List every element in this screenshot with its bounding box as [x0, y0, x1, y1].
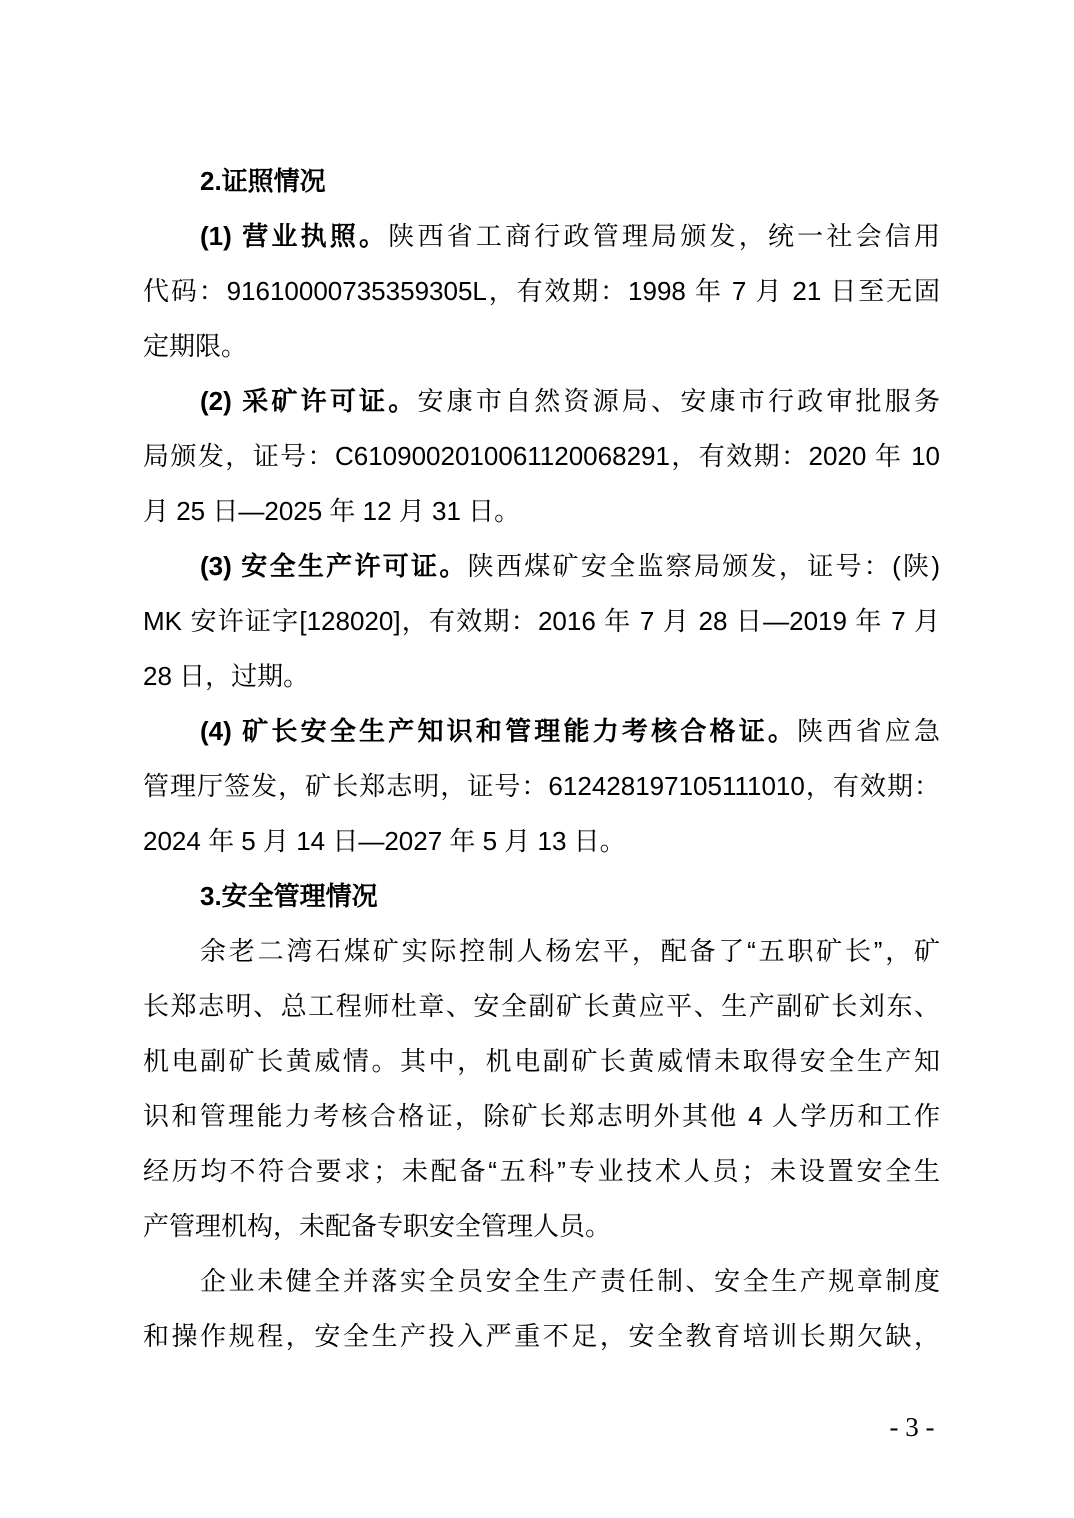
item-label: (4) 矿长安全生产知识和管理能力考核合格证。 — [200, 716, 797, 746]
text-segment: 识和管理能力考核合格证，除矿长郑志明外其他 4 人学历和工作 — [143, 1101, 940, 1131]
section-heading-3: 3.安全管理情况 — [143, 869, 940, 924]
text-segment: 月 25 日—2025 年 12 月 31 日。 — [143, 496, 520, 526]
doc-line: 产管理机构，未配备专职安全管理人员。 — [143, 1199, 940, 1254]
text-segment: 经历均不符合要求；未配备“五科”专业技术人员；未设置安全生 — [143, 1156, 940, 1186]
doc-line: 局颁发，证号：C6109002010061120068291，有效期：2020 … — [143, 429, 940, 484]
heading-text: 2.证照情况 — [200, 166, 326, 196]
item-label: (3) 安全生产许可证。 — [200, 551, 468, 581]
doc-line: 28 日，过期。 — [143, 649, 940, 704]
doc-line: 经历均不符合要求；未配备“五科”专业技术人员；未设置安全生 — [143, 1144, 940, 1199]
doc-line: 企业未健全并落实全员安全生产责任制、安全生产规章制度 — [143, 1254, 940, 1309]
doc-line: 长郑志明、总工程师杜章、安全副矿长黄应平、生产副矿长刘东、 — [143, 979, 940, 1034]
text-segment: 陕西煤矿安全监察局颁发，证号：(陕) — [468, 551, 940, 581]
text-segment: 代码：91610000735359305L，有效期：1998 年 7 月 21 … — [143, 276, 940, 306]
doc-line: 管理厅签发，矿长郑志明，证号：612428197105111010，有效期： — [143, 759, 940, 814]
text-segment: 和操作规程，安全生产投入严重不足，安全教育培训长期欠缺， — [143, 1321, 940, 1351]
text-segment: 局颁发，证号：C6109002010061120068291，有效期：2020 … — [143, 441, 940, 471]
document-body: 2.证照情况 (1) 营业执照。陕西省工商行政管理局颁发，统一社会信用 代码：9… — [143, 154, 940, 1364]
heading-text: 3.安全管理情况 — [200, 881, 378, 911]
doc-line: 机电副矿长黄威情。其中，机电副矿长黄威情未取得安全生产知 — [143, 1034, 940, 1089]
doc-line: (1) 营业执照。陕西省工商行政管理局颁发，统一社会信用 — [143, 209, 940, 264]
text-segment: MK 安许证字[128020]，有效期：2016 年 7 月 28 日—2019… — [143, 606, 940, 636]
text-segment: 陕西省工商行政管理局颁发，统一社会信用 — [388, 221, 940, 251]
section-heading-2: 2.证照情况 — [143, 154, 940, 209]
text-segment: 长郑志明、总工程师杜章、安全副矿长黄应平、生产副矿长刘东、 — [143, 991, 940, 1021]
text-segment: 安康市自然资源局、安康市行政审批服务 — [417, 386, 940, 416]
doc-line: 2024 年 5 月 14 日—2027 年 5 月 13 日。 — [143, 814, 940, 869]
text-segment: 余老二湾石煤矿实际控制人杨宏平，配备了“五职矿长”，矿 — [200, 936, 940, 966]
text-segment: 2024 年 5 月 14 日—2027 年 5 月 13 日。 — [143, 826, 626, 856]
doc-line: (2) 采矿许可证。安康市自然资源局、安康市行政审批服务 — [143, 374, 940, 429]
text-segment: 产管理机构，未配备专职安全管理人员。 — [143, 1211, 611, 1241]
item-label: (2) 采矿许可证。 — [200, 386, 417, 416]
doc-line: 和操作规程，安全生产投入严重不足，安全教育培训长期欠缺， — [143, 1309, 940, 1364]
text-segment: 定期限。 — [143, 331, 247, 361]
doc-line: (3) 安全生产许可证。陕西煤矿安全监察局颁发，证号：(陕) — [143, 539, 940, 594]
doc-line: 余老二湾石煤矿实际控制人杨宏平，配备了“五职矿长”，矿 — [143, 924, 940, 979]
doc-line: 定期限。 — [143, 319, 940, 374]
item-label: (1) 营业执照。 — [200, 221, 388, 251]
document-page: 2.证照情况 (1) 营业执照。陕西省工商行政管理局颁发，统一社会信用 代码：9… — [0, 0, 1074, 1518]
doc-line: 代码：91610000735359305L，有效期：1998 年 7 月 21 … — [143, 264, 940, 319]
doc-line: 月 25 日—2025 年 12 月 31 日。 — [143, 484, 940, 539]
text-segment: 管理厅签发，矿长郑志明，证号：612428197105111010，有效期： — [143, 771, 940, 801]
text-segment: 企业未健全并落实全员安全生产责任制、安全生产规章制度 — [200, 1266, 940, 1296]
doc-line: MK 安许证字[128020]，有效期：2016 年 7 月 28 日—2019… — [143, 594, 940, 649]
text-segment: 28 日，过期。 — [143, 661, 309, 691]
page-number: - 3 - — [857, 1402, 967, 1452]
text-segment: 机电副矿长黄威情。其中，机电副矿长黄威情未取得安全生产知 — [143, 1046, 940, 1076]
text-segment: 陕西省应急 — [797, 716, 940, 746]
doc-line: (4) 矿长安全生产知识和管理能力考核合格证。陕西省应急 — [143, 704, 940, 759]
doc-line: 识和管理能力考核合格证，除矿长郑志明外其他 4 人学历和工作 — [143, 1089, 940, 1144]
